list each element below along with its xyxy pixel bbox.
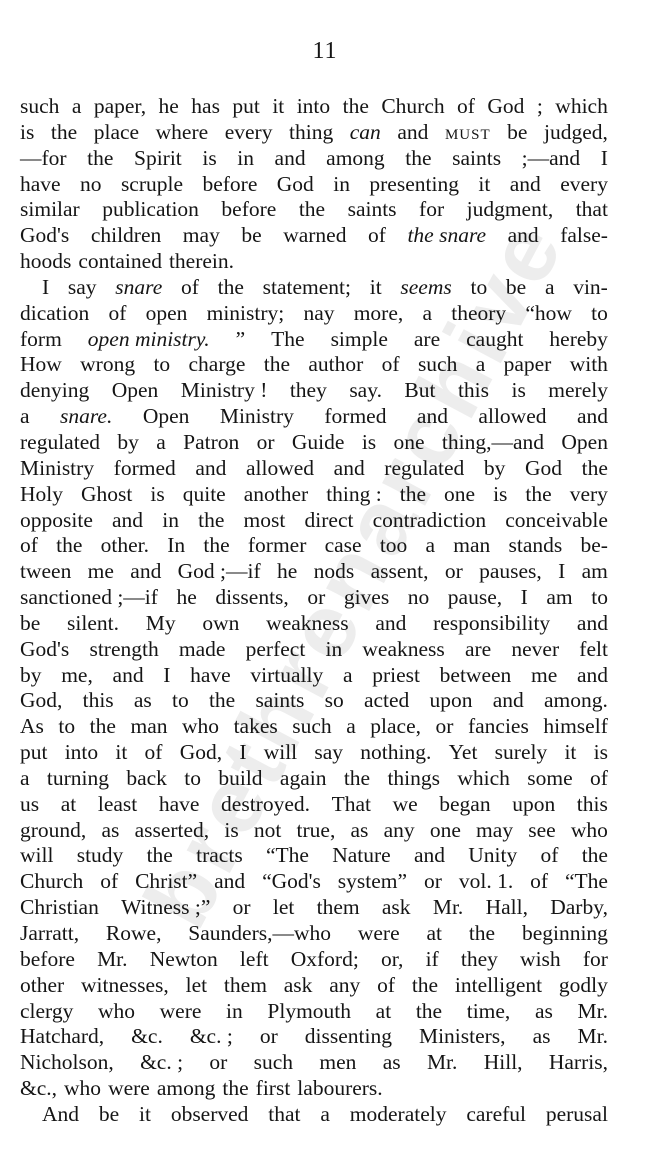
word: say (68, 275, 97, 301)
word: Mr. (577, 1024, 607, 1050)
text-line: Andbeitobservedthatamoderatelycarefulper… (20, 1102, 608, 1128)
word: the (87, 146, 113, 172)
word: the (90, 714, 116, 740)
word: this (458, 378, 489, 404)
word: “God's (262, 869, 321, 895)
word: some (527, 766, 572, 792)
word: dication (20, 301, 89, 327)
word: in (325, 637, 342, 663)
word: the (222, 1076, 248, 1102)
word: every (560, 172, 608, 198)
word: open ministry. (88, 327, 210, 353)
word: of (530, 869, 548, 895)
word: which (555, 94, 608, 120)
word: see (528, 818, 555, 844)
text-line: beforeMr.NewtonleftOxford;or,iftheywishf… (20, 947, 608, 973)
word: intelligent (455, 973, 542, 999)
word: theory (451, 301, 506, 327)
word: of (181, 275, 199, 301)
text-line: oppositeandinthemostdirectcontradictionc… (20, 508, 608, 534)
word: open (146, 301, 188, 327)
word: of (590, 766, 608, 792)
word: God, (180, 740, 222, 766)
word: is (150, 482, 164, 508)
word: hereby (549, 327, 608, 353)
text-line: Jarratt,Rowe,Saunders,—whowereatthebegin… (20, 921, 608, 947)
word: the (400, 482, 426, 508)
word: things (387, 766, 440, 792)
word: The (271, 327, 304, 353)
text-line: otherwitnesses,letthemaskanyoftheintelli… (20, 973, 608, 999)
word: conceivable (505, 508, 608, 534)
word: as (351, 818, 369, 844)
word: to (58, 714, 75, 740)
word: them (224, 973, 267, 999)
word: any (384, 818, 415, 844)
word: the (582, 843, 608, 869)
word: careful (466, 1102, 526, 1128)
word: if (426, 947, 439, 973)
text-line: tweenmeandGod ;—ifhenodsassent,orpauses,… (20, 559, 608, 585)
word: where (156, 120, 209, 146)
word: That (332, 792, 371, 818)
text-line: aturningbacktobuildagainthethingswhichso… (20, 766, 608, 792)
word: the (416, 999, 442, 1025)
word: that (268, 1102, 300, 1128)
text-line: HolyGhostisquiteanotherthing :theoneisth… (20, 482, 608, 508)
text-line: Hatchard,&c.&c. ;ordissentingMinisters,a… (20, 1024, 608, 1050)
word: ;—and (522, 146, 581, 172)
word: am (582, 559, 608, 585)
text-line: MinistryformedandallowedandregulatedbyGo… (20, 456, 608, 482)
word: own (202, 611, 239, 637)
word: will (264, 740, 297, 766)
word: sanctioned ;—if (20, 585, 158, 611)
word: I (239, 740, 246, 766)
word: saints (255, 688, 304, 714)
word: or, (381, 947, 403, 973)
word: may (183, 223, 220, 249)
word: pause, (448, 585, 502, 611)
word: were (160, 999, 202, 1025)
word: me, (61, 663, 93, 689)
word: stands (509, 533, 563, 559)
word: say (314, 740, 343, 766)
word: another (244, 482, 308, 508)
word: of (368, 223, 386, 249)
text-line: hoodscontainedtherein. (20, 249, 608, 275)
word: paper (504, 352, 552, 378)
word: &c. ; (190, 1024, 233, 1050)
word: he (176, 585, 196, 611)
word: be (507, 120, 527, 146)
word: such (20, 94, 59, 120)
word: who (182, 714, 219, 740)
word: as (134, 688, 152, 714)
word: vol. 1. (459, 869, 513, 895)
word: other (20, 973, 64, 999)
word: and (375, 611, 406, 637)
text-line: ChristianWitness ;”orletthemaskMr.Hall,D… (20, 895, 608, 921)
word: dissents, (215, 585, 288, 611)
word: scruple (121, 172, 183, 198)
word: of (382, 352, 400, 378)
word: first (256, 1076, 291, 1102)
word: the (299, 197, 325, 223)
word: God (487, 94, 524, 120)
word: Hall, (486, 895, 528, 921)
word: My (146, 611, 176, 637)
word: charge (189, 352, 246, 378)
text-line: istheplacewhereeverythingcanandmustbejud… (20, 120, 608, 146)
word: let (273, 895, 295, 921)
word: form (20, 327, 62, 353)
word: contained (78, 249, 162, 275)
word: denying (20, 378, 89, 404)
word: one (430, 818, 461, 844)
word: Nicholson, (20, 1050, 114, 1076)
word: or (445, 559, 463, 585)
word: God's (20, 637, 69, 663)
word: a (545, 275, 555, 301)
word: thing (289, 120, 333, 146)
text-line: regulatedbyaPatronorGuideisonething,—and… (20, 430, 608, 456)
word: me (88, 559, 114, 585)
word: —for (20, 146, 67, 172)
word: one (444, 482, 475, 508)
word: strength (89, 637, 158, 663)
word: Rowe, (106, 921, 162, 947)
word: clergy (20, 999, 73, 1025)
word: are (465, 637, 491, 663)
word: upon (430, 688, 473, 714)
word: for (583, 947, 608, 973)
text-line: similarpublicationbeforethesaintsforjudg… (20, 197, 608, 223)
word: fancies (468, 714, 529, 740)
word: he (277, 559, 297, 585)
word: the (343, 94, 369, 120)
word: formed (114, 456, 176, 482)
word: ministry; (207, 301, 285, 327)
word: other. (101, 533, 149, 559)
word: no (80, 172, 102, 198)
word: and (414, 843, 445, 869)
text-line: willstudythetracts“TheNatureandUnityofth… (20, 843, 608, 869)
word: may (476, 818, 513, 844)
word: in (226, 999, 243, 1025)
word: by (20, 663, 42, 689)
word: began (439, 792, 490, 818)
word: regulated (20, 430, 100, 456)
text-line: God'schildrenmaybewarnedofthe snareandfa… (20, 223, 608, 249)
word: beginning (522, 921, 608, 947)
word: am (546, 585, 572, 611)
word: such (254, 1050, 293, 1076)
word: will (20, 843, 53, 869)
word: contradiction (373, 508, 486, 534)
word: case (325, 533, 362, 559)
word: build (218, 766, 262, 792)
word: and (510, 172, 541, 198)
word: has (191, 94, 220, 120)
word: they (290, 378, 327, 404)
word: paper, (94, 94, 146, 120)
word: surely (495, 740, 548, 766)
word: Mr. (97, 947, 127, 973)
word: and (130, 559, 161, 585)
text-line: asnare.OpenMinistryformedandallowedand (20, 404, 608, 430)
word: at (61, 792, 77, 818)
word: moderately (350, 1102, 447, 1128)
word: God (525, 456, 562, 482)
text-line: usatleasthavedestroyed.Thatwebeganuponth… (20, 792, 608, 818)
text-line: ChurchofChrist”and“God'ssystem”orvol. 1.… (20, 869, 608, 895)
text-line: sanctioned ;—ifhedissents,orgivesnopause… (20, 585, 608, 611)
text-line: oftheother.Intheformercasetooamanstandsb… (20, 533, 608, 559)
word: is (20, 120, 34, 146)
word: ground, (20, 818, 86, 844)
word: Ministry (220, 404, 294, 430)
word: of (145, 740, 163, 766)
word: wish (520, 947, 561, 973)
word: How (20, 352, 62, 378)
word: and (577, 663, 608, 689)
word: among. (544, 688, 608, 714)
word: made (179, 637, 226, 663)
text-line: dicationofopenministry;naymore,atheory“h… (20, 301, 608, 327)
word: and (493, 688, 524, 714)
word: simple (331, 327, 388, 353)
word: very (570, 482, 608, 508)
word: let (186, 973, 208, 999)
word: destroyed. (221, 792, 310, 818)
word: as (533, 1024, 551, 1050)
word: In (167, 533, 185, 559)
word: children (91, 223, 161, 249)
word: any (329, 973, 360, 999)
word: of (20, 533, 38, 559)
word: to (470, 275, 487, 301)
word: me (531, 663, 557, 689)
word: a (156, 430, 166, 456)
word: men (319, 1050, 356, 1076)
word: among (157, 1076, 216, 1102)
word: a (476, 352, 486, 378)
word: man (453, 533, 490, 559)
word: or (260, 1024, 278, 1050)
word: is (202, 146, 216, 172)
word: witnesses, (81, 973, 169, 999)
word: Darby, (550, 895, 608, 921)
word: saints (452, 146, 501, 172)
word: one (394, 430, 425, 456)
word: the (209, 688, 235, 714)
word: of (108, 301, 126, 327)
word: such (292, 714, 331, 740)
word: ask (284, 973, 313, 999)
word: place (94, 120, 139, 146)
word: the (582, 456, 608, 482)
word: similar (20, 197, 80, 223)
word: the snare (407, 223, 486, 249)
text-line: Nicholson,&c. ;orsuchmenasMr.Hill,Harris… (20, 1050, 608, 1076)
word: in (162, 508, 179, 534)
word: is (511, 378, 525, 404)
word: quite (183, 482, 226, 508)
word: least (98, 792, 137, 818)
word: as (101, 818, 119, 844)
word: or (233, 895, 251, 921)
word: the (198, 508, 224, 534)
word: asserted, (135, 818, 210, 844)
word: the (218, 275, 244, 301)
word: Jarratt, (20, 921, 79, 947)
word: felt (579, 637, 608, 663)
word: as (383, 1050, 401, 1076)
word: allowed (478, 404, 546, 430)
text-line: Astothemanwhotakessuchaplace,orfancieshi… (20, 714, 608, 740)
word: it (370, 275, 382, 301)
text-line: havenoscruplebeforeGodinpresentingitande… (20, 172, 608, 198)
word: for (419, 197, 444, 223)
word: at (426, 921, 442, 947)
word: it (115, 740, 127, 766)
word: to (153, 352, 170, 378)
word: I (601, 146, 608, 172)
word: and (214, 869, 245, 895)
word: or (307, 585, 325, 611)
word: silent. (67, 611, 119, 637)
word: by (484, 456, 506, 482)
word: put (232, 94, 259, 120)
word: former (248, 533, 307, 559)
word: that (576, 197, 608, 223)
word: presenting (369, 172, 459, 198)
word: snare (115, 275, 162, 301)
text-line: ground,asasserted,isnottrue,asanyonemays… (20, 818, 608, 844)
word: every (225, 120, 273, 146)
word: I (163, 663, 170, 689)
word: Church (381, 94, 444, 120)
word: man (130, 714, 167, 740)
word: or (424, 869, 442, 895)
word: tween (20, 559, 71, 585)
word: left (240, 947, 269, 973)
word: be (20, 611, 40, 637)
text-line: &c.,whowereamongthefirstlabourers. (20, 1076, 608, 1102)
word: seems (400, 275, 451, 301)
word: Newton (150, 947, 218, 973)
word: the (412, 973, 438, 999)
word: study (77, 843, 124, 869)
word: pauses, (479, 559, 542, 585)
word: God, (20, 688, 62, 714)
word: &c. (131, 1024, 163, 1050)
word: Yet (449, 740, 478, 766)
word: false- (560, 223, 608, 249)
word: more, (354, 301, 404, 327)
word: ask (382, 895, 411, 921)
word: a (320, 1102, 330, 1128)
word: tracts (196, 843, 243, 869)
word: author (308, 352, 363, 378)
word: Open (112, 378, 159, 404)
word: as (535, 999, 553, 1025)
word: and (577, 611, 608, 637)
book-page: brethrenarchive 11 suchapaper,hehasputit… (0, 0, 650, 1169)
word: weakness (362, 637, 444, 663)
word: the (469, 921, 495, 947)
word: to (184, 766, 201, 792)
word: formed (324, 404, 386, 430)
word: too (380, 533, 407, 559)
word: assent, (371, 559, 429, 585)
text-line: clergywhowereinPlymouthatthetime,asMr. (20, 999, 608, 1025)
word: of (541, 843, 559, 869)
word: &c. ; (140, 1050, 183, 1076)
word: who (571, 818, 608, 844)
word: wrong (80, 352, 135, 378)
word: before (221, 197, 276, 223)
word: again (280, 766, 327, 792)
word: between (440, 663, 512, 689)
word: perfect (246, 637, 306, 663)
word: and (195, 456, 226, 482)
word: vin- (573, 275, 608, 301)
word: &c., (20, 1076, 57, 1102)
word: snare. (60, 404, 112, 430)
word: or (436, 714, 454, 740)
word: But (404, 378, 435, 404)
word: have (20, 172, 61, 198)
word: Ministers, (419, 1024, 506, 1050)
text-line: besilent.Myownweaknessandresponsibilitya… (20, 611, 608, 637)
word: and (397, 120, 428, 146)
text-line: putintoitofGod,Iwillsaynothing.Yetsurely… (20, 740, 608, 766)
text-line: byme,andIhavevirtuallyapriestbetweenmean… (20, 663, 608, 689)
word: by (117, 430, 139, 456)
word: and (577, 404, 608, 430)
word: a (72, 94, 82, 120)
word: of (457, 94, 475, 120)
word: of (377, 973, 395, 999)
word: true, (297, 818, 336, 844)
word: merely (548, 378, 608, 404)
word: acted (364, 688, 409, 714)
word: Patron (183, 430, 239, 456)
word: priest (372, 663, 420, 689)
word: to (591, 585, 608, 611)
word: among (326, 146, 385, 172)
text-line: suchapaper,hehasputitintotheChurchofGod;… (20, 94, 608, 120)
word: weakness (266, 611, 348, 637)
word: judgment, (467, 197, 554, 223)
word: with (570, 352, 608, 378)
word: observed (171, 1102, 249, 1128)
word: Open (143, 404, 190, 430)
word: the (405, 146, 431, 172)
word: so (325, 688, 344, 714)
text-line: God'sstrengthmadeperfectinweaknessarenev… (20, 637, 608, 663)
word: thing : (326, 482, 382, 508)
word: dissenting (305, 1024, 392, 1050)
word: have (190, 663, 231, 689)
text-line: Isaysnareofthestatement;itseemstobeavin- (20, 275, 608, 301)
word: in (237, 146, 254, 172)
word: Holy (20, 482, 63, 508)
word: a (346, 714, 356, 740)
word: to (591, 301, 608, 327)
